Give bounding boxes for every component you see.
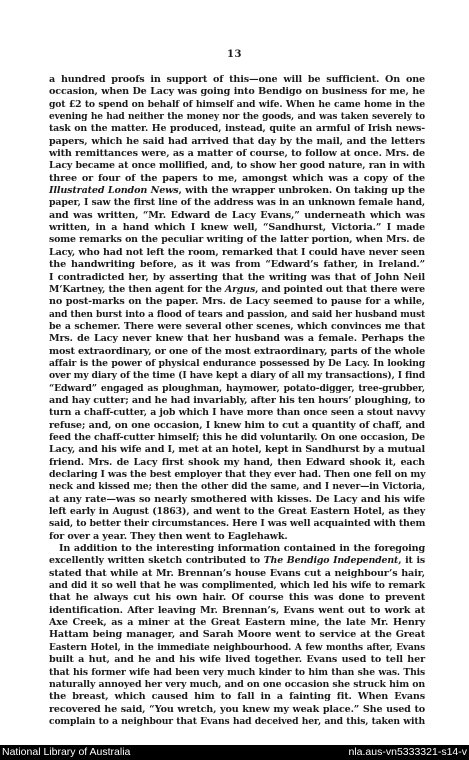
text-run: , and pointed out that there were (255, 284, 425, 295)
text-line: Mrs. de Lacy never knew that her husband… (49, 333, 425, 345)
text-run: occasion, when De Lacy was going into Be… (49, 86, 425, 97)
text-line: built a hut, and he and his wife lived t… (49, 654, 425, 666)
text-line: and was written, “Mr. Edward de Lacy Eva… (49, 210, 425, 222)
text-line: and then burst into a flood of tears and… (49, 309, 425, 321)
text-run: Eastern Hotel, in the immediate neighbou… (49, 643, 425, 653)
text-run: papers, which he said had arrived that d… (49, 136, 425, 147)
text-run: Lacy, and his wife and I, met at an hote… (49, 444, 425, 455)
text-line: papers, which he said had arrived that d… (49, 136, 425, 148)
text-run: , with the wrapper unbroken. On taking u… (179, 185, 425, 196)
italic-title: The Bendigo Independent (264, 555, 398, 566)
text-run: paper, I saw the first line of the addre… (49, 197, 425, 208)
text-run: friend. Mrs. de Lacy first shook my hand… (49, 457, 425, 468)
text-line: refuse; and, on one occasion, I knew him… (49, 420, 425, 432)
text-run: at any rate—was so nearly smothered with… (49, 494, 425, 505)
text-line: Illustrated London News, with the wrappe… (49, 185, 425, 197)
text-line: neck and kissed me; then the other did t… (49, 481, 425, 493)
text-line: Lacy became at once mollified, and, to s… (49, 160, 425, 172)
text-line: with remittances were, as a matter of co… (49, 148, 425, 160)
text-run: and then burst into a flood of tears and… (49, 310, 425, 320)
text-line: said, to better their circumstances. Her… (49, 518, 425, 530)
text-line: evening he had neither the money nor the… (49, 111, 425, 123)
text-run: affair is the power of physical enduranc… (49, 358, 425, 369)
text-run: task on the matter. He produced, instead… (49, 123, 425, 134)
text-run: Mrs. de Lacy never knew that her husband… (49, 333, 425, 344)
text-run: declaring I was the best employer that t… (49, 469, 425, 480)
text-line: Eastern Hotel, in the immediate neighbou… (49, 642, 425, 654)
text-line: “Edward” engaged as ploughman, haymower,… (49, 383, 425, 395)
text-run: over my diary of the time (I have kept a… (49, 370, 425, 381)
footer-library-name: National Library of Australia (2, 745, 130, 760)
text-line: occasion, when De Lacy was going into Be… (49, 86, 425, 98)
text-line: recovered he said, “You wretch, you knew… (49, 704, 425, 716)
text-run: built a hut, and he and his wife lived t… (49, 654, 425, 665)
text-line: the breast, which caused him to fall in … (49, 691, 425, 703)
text-line: and hay cutter; and he had invariably, a… (49, 395, 425, 407)
text-line: friend. Mrs. de Lacy first shook my hand… (49, 457, 425, 469)
text-run: M‘Kartney, the then agent for the (49, 284, 225, 295)
footer-identifier: nla.aus-vn5333321-s14-v (349, 745, 468, 760)
text-run: In addition to the interesting informati… (59, 543, 425, 554)
text-line: some remarks on the peculiar writing of … (49, 234, 425, 246)
text-run: said, to better their circumstances. Her… (49, 518, 425, 529)
text-line: complain to a neighbour that Evans had d… (49, 716, 425, 728)
text-line: for over a year. They then went to Eagle… (49, 531, 425, 543)
text-run: turn a chaff-cutter, a job which I have … (49, 407, 425, 418)
text-run: no post-marks on the paper. Mrs. de Lacy… (49, 296, 425, 307)
text-line: over my diary of the time (I have kept a… (49, 370, 425, 382)
text-run: naturally annoyed her very much, and on … (49, 679, 425, 690)
text-run: refuse; and, on one occasion, I knew him… (49, 420, 425, 431)
text-run: “Edward” engaged as ploughman, haymower,… (49, 383, 425, 394)
text-run: for over a year. They then went to Eagle… (49, 531, 288, 542)
text-run: Hattam being manager, and Sarah Moore we… (49, 629, 425, 640)
text-line: Lacy, and his wife and I, met at an hote… (49, 444, 425, 456)
text-line: no post-marks on the paper. Mrs. de Lacy… (49, 296, 425, 308)
text-run: I contradicted her, by asserting that th… (49, 272, 425, 283)
text-line: I contradicted her, by asserting that th… (49, 272, 425, 284)
text-line: and did it so well that he was complimen… (49, 580, 425, 592)
text-line: naturally annoyed her very much, and on … (49, 679, 425, 691)
text-line: three or four of the papers to me, among… (49, 173, 425, 185)
text-line: got £2 to spend on behalf of himself and… (49, 99, 425, 111)
text-line: Lacy, who had not left the room, remarke… (49, 247, 425, 259)
text-line: stated that while at Mr. Brennan’s house… (49, 568, 425, 580)
text-line: feed the chaff-cutter himself; this he d… (49, 432, 425, 444)
text-run: excellently written sketch contributed t… (49, 555, 264, 566)
text-run: that he always cut his own hair. Of cour… (49, 592, 425, 603)
text-run: the handwriting before, as it was from “… (49, 259, 425, 270)
text-run: Lacy, who had not left the room, remarke… (49, 247, 425, 258)
text-line: at any rate—was so nearly smothered with… (49, 494, 425, 506)
text-line: written, in a hand which I knew well, “S… (49, 222, 425, 234)
text-line: turn a chaff-cutter, a job which I have … (49, 407, 425, 419)
text-line: M‘Kartney, the then agent for the Argus,… (49, 284, 425, 296)
text-run: and was written, “Mr. Edward de Lacy Eva… (49, 210, 425, 221)
text-run: Axe Creek, as a miner at the Great Easte… (49, 617, 425, 628)
text-line: left early in August (1863), and went to… (49, 506, 425, 518)
text-run: complain to a neighbour that Evans had d… (49, 716, 425, 727)
italic-title: Illustrated London News (49, 185, 179, 196)
text-line: affair is the power of physical enduranc… (49, 358, 425, 370)
text-run: identification. After leaving Mr. Brenna… (49, 605, 425, 616)
text-run: a hundred proofs in support of this—one … (49, 74, 425, 85)
text-line: task on the matter. He produced, instead… (49, 123, 425, 135)
text-line: Hattam being manager, and Sarah Moore we… (49, 629, 425, 641)
text-run: that his former wife had been very much … (49, 667, 425, 678)
text-run: three or four of the papers to me, among… (49, 173, 425, 184)
text-run: left early in August (1863), and went to… (49, 506, 425, 517)
text-line: In addition to the interesting informati… (49, 543, 425, 555)
page-number: 13 (0, 49, 469, 60)
text-line: the handwriting before, as it was from “… (49, 259, 425, 271)
text-run: and did it so well that he was complimen… (49, 580, 425, 591)
text-run: evening he had neither the money nor the… (49, 112, 425, 122)
text-line: most extraordinary, or one of the most e… (49, 346, 425, 358)
text-line: be a schemer. There were several other s… (49, 321, 425, 333)
text-line: that he always cut his own hair. Of cour… (49, 592, 425, 604)
text-run: be a schemer. There were several other s… (49, 321, 425, 332)
text-run: neck and kissed me; then the other did t… (49, 481, 425, 492)
text-line: identification. After leaving Mr. Brenna… (49, 605, 425, 617)
text-run: got £2 to spend on behalf of himself and… (49, 99, 425, 110)
text-line: excellently written sketch contributed t… (49, 555, 425, 567)
text-run: some remarks on the peculiar writing of … (49, 234, 425, 245)
text-run: the breast, which caused him to fall in … (49, 691, 425, 702)
text-run: and hay cutter; and he had invariably, a… (49, 395, 425, 406)
body-text: a hundred proofs in support of this—one … (49, 74, 425, 728)
text-line: declaring I was the best employer that t… (49, 469, 425, 481)
text-line: that his former wife had been very much … (49, 667, 425, 679)
italic-title: Argus (225, 284, 255, 295)
text-run: recovered he said, “You wretch, you knew… (49, 704, 425, 715)
text-run: feed the chaff-cutter himself; this he d… (49, 432, 425, 443)
text-run: Lacy became at once mollified, and, to s… (49, 160, 425, 171)
text-line: Axe Creek, as a miner at the Great Easte… (49, 617, 425, 629)
footer-bar: National Library of Australia nla.aus-vn… (0, 745, 469, 760)
text-run: written, in a hand which I knew well, “S… (49, 222, 425, 233)
text-line: a hundred proofs in support of this—one … (49, 74, 425, 86)
text-run: stated that while at Mr. Brennan’s house… (49, 568, 425, 579)
text-run: , it is (398, 555, 425, 566)
text-line: paper, I saw the first line of the addre… (49, 197, 425, 209)
text-run: most extraordinary, or one of the most e… (49, 346, 425, 357)
text-run: with remittances were, as a matter of co… (49, 148, 425, 159)
